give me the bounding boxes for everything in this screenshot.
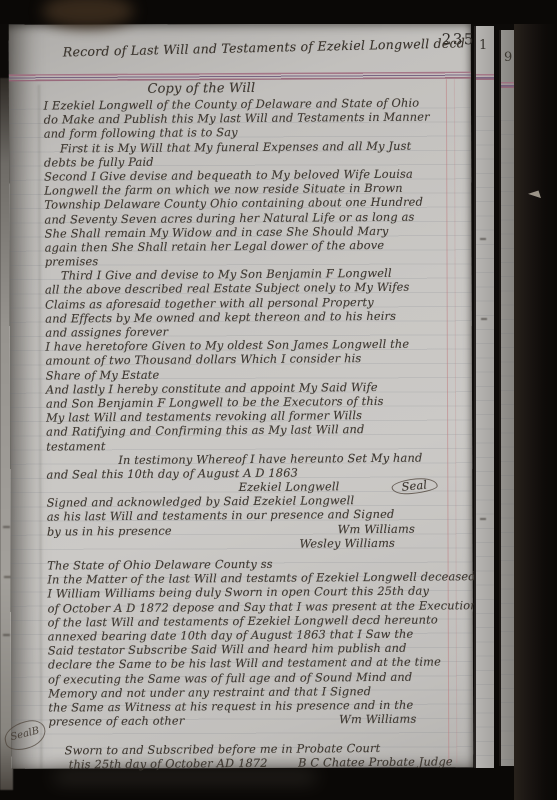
handwritten-line: this 25th day of October AD 1872B C Chat… [49, 755, 455, 772]
witness-signature: Wm Williams [338, 521, 415, 536]
testator-signature: Ezekiel Longwell [239, 479, 340, 494]
edge-page-number: 1 [479, 38, 487, 53]
handwritten-line: by us in his presence [47, 523, 172, 538]
document-body: Copy of the WillI Ezekiel Longwell of th… [43, 79, 454, 772]
page-bottom-shadow [55, 772, 315, 782]
page-header-title: Record of Last Will and Testaments of Ez… [63, 35, 463, 59]
witness-signature: Wm Williams [339, 712, 416, 727]
judge-signature: B C Chatee Probate Judge [298, 755, 453, 770]
handwritten-line: presence of each other [48, 714, 184, 729]
paper-ruling-lines [476, 116, 494, 768]
next-page-edge-1: 1 [474, 26, 494, 768]
edge-writing-mark [480, 518, 486, 520]
photo-backdrop: 235 Record of Last Will and Testaments o… [0, 0, 557, 800]
handwritten-line: presence of each otherWm Williams [48, 711, 454, 728]
edge-writing-mark [480, 238, 486, 240]
edge-writing-mark [481, 318, 487, 320]
edge-header-rule [476, 74, 494, 80]
edge-writing-mark [3, 634, 10, 636]
edge-writing-mark [3, 526, 10, 528]
edge-page-number: 9 [504, 50, 512, 65]
ledger-page: 235 Record of Last Will and Testaments o… [9, 23, 474, 769]
handwritten-line: this 25th day of October AD 1872 [69, 756, 268, 772]
book-binding [514, 0, 557, 800]
